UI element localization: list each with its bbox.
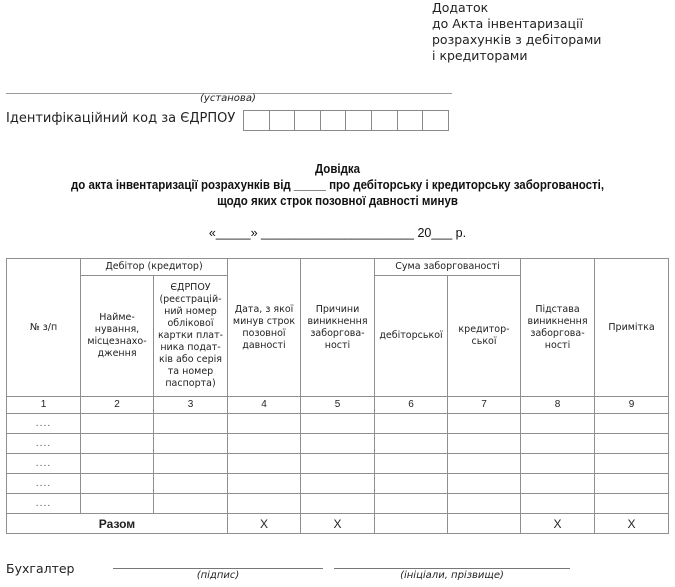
annex-line: і кредиторами: [432, 48, 601, 64]
title-line: до акта інвентаризації розрахунків від _…: [27, 177, 648, 193]
table-cell[interactable]: [154, 494, 228, 514]
signature-caption: (підпис): [113, 570, 323, 581]
edrpou-label: Ідентифікаційний код за ЄДРПОУ: [6, 111, 235, 126]
column-number: 1: [7, 397, 81, 414]
header-reasons: Причини виникнення заборгова-ності: [301, 259, 375, 397]
table-cell[interactable]: [301, 494, 375, 514]
header-sum-group: Сума заборгованості: [375, 259, 521, 276]
table-row: ....: [7, 434, 669, 454]
table-cell[interactable]: [521, 414, 595, 434]
table-body: ....................: [7, 414, 669, 514]
total-cell: X: [301, 514, 375, 534]
column-number-row: 1 2 3 4 5 6 7 8 9: [7, 397, 669, 414]
annex-line: розрахунків з дебіторами: [432, 32, 601, 48]
table-cell[interactable]: [521, 494, 595, 514]
debt-table: № з/п Дебітор (кредитор) Дата, з якої ми…: [6, 258, 669, 534]
table-cell[interactable]: [448, 494, 521, 514]
header-basis: Підстава виникнення заборгова-ності: [521, 259, 595, 397]
name-field[interactable]: [334, 568, 570, 569]
name-caption: (ініціали, прізвище): [334, 570, 570, 581]
column-number: 8: [521, 397, 595, 414]
table-cell[interactable]: [448, 414, 521, 434]
table-cell[interactable]: [521, 434, 595, 454]
table-cell[interactable]: [228, 454, 301, 474]
edrpou-digit-cell[interactable]: [423, 111, 449, 130]
edrpou-code-field: [243, 110, 449, 131]
table-cell[interactable]: [448, 454, 521, 474]
date-field[interactable]: «_____» ______________________ 20___ р.: [0, 226, 675, 240]
table-cell[interactable]: [301, 414, 375, 434]
header-credit: кредитор-ської: [448, 276, 521, 397]
row-number-cell: ....: [7, 494, 81, 514]
table-row: ....: [7, 414, 669, 434]
table-cell[interactable]: [228, 414, 301, 434]
edrpou-digit-cell[interactable]: [321, 111, 347, 130]
table-cell[interactable]: [375, 434, 448, 454]
table-cell[interactable]: [301, 454, 375, 474]
total-cell: X: [521, 514, 595, 534]
header-debit: дебіторської: [375, 276, 448, 397]
table-cell[interactable]: [154, 454, 228, 474]
column-number: 2: [81, 397, 154, 414]
header-note: Примітка: [595, 259, 669, 397]
total-row: Разом X X X X: [7, 514, 669, 534]
table-cell[interactable]: [228, 474, 301, 494]
column-number: 9: [595, 397, 669, 414]
edrpou-digit-cell[interactable]: [372, 111, 398, 130]
signature-field[interactable]: [113, 568, 323, 569]
table-cell[interactable]: [81, 494, 154, 514]
edrpou-digit-cell[interactable]: [346, 111, 372, 130]
table-row: ....: [7, 494, 669, 514]
table-cell[interactable]: [375, 414, 448, 434]
header-debtor-group: Дебітор (кредитор): [81, 259, 228, 276]
table-cell[interactable]: [301, 474, 375, 494]
table-cell[interactable]: [375, 494, 448, 514]
table-cell[interactable]: [521, 454, 595, 474]
edrpou-digit-cell[interactable]: [398, 111, 424, 130]
column-number: 5: [301, 397, 375, 414]
organization-caption: (установа): [200, 93, 256, 104]
header-edrpou: ЄДРПОУ (реєстрацій-ний номер облікової к…: [154, 276, 228, 397]
table-cell[interactable]: [228, 494, 301, 514]
table-row: ....: [7, 454, 669, 474]
table-row: ....: [7, 474, 669, 494]
table-cell[interactable]: [81, 414, 154, 434]
column-number: 3: [154, 397, 228, 414]
header-row: № з/п Дебітор (кредитор) Дата, з якої ми…: [7, 259, 669, 276]
column-number: 7: [448, 397, 521, 414]
edrpou-digit-cell[interactable]: [244, 111, 270, 130]
signer-role: Бухгалтер: [6, 561, 75, 576]
table-cell[interactable]: [375, 454, 448, 474]
table-cell[interactable]: [448, 474, 521, 494]
row-number-cell: ....: [7, 454, 81, 474]
total-label: Разом: [7, 514, 228, 534]
table-cell[interactable]: [595, 454, 669, 474]
header-date-expired: Дата, з якої минув строк позовної давнос…: [228, 259, 301, 397]
row-number-cell: ....: [7, 414, 81, 434]
title-heading: Довідка: [27, 161, 648, 177]
title-line: щодо яких строк позовної давності минув: [27, 193, 648, 209]
edrpou-digit-cell[interactable]: [270, 111, 296, 130]
header-num: № з/п: [7, 259, 81, 397]
table-cell[interactable]: [81, 454, 154, 474]
table-cell[interactable]: [154, 474, 228, 494]
table-cell[interactable]: [81, 474, 154, 494]
table-cell[interactable]: [595, 494, 669, 514]
column-number: 4: [228, 397, 301, 414]
table-cell[interactable]: [301, 434, 375, 454]
table-cell[interactable]: [595, 434, 669, 454]
table-cell[interactable]: [154, 414, 228, 434]
table-cell[interactable]: [595, 414, 669, 434]
total-cell: X: [228, 514, 301, 534]
total-cell: X: [595, 514, 669, 534]
row-number-cell: ....: [7, 474, 81, 494]
annex-note: Додаток до Акта інвентаризації розрахунк…: [432, 0, 601, 64]
table-cell[interactable]: [595, 474, 669, 494]
annex-line: до Акта інвентаризації: [432, 16, 601, 32]
total-cell[interactable]: [448, 514, 521, 534]
annex-line: Додаток: [432, 0, 601, 16]
table-cell[interactable]: [154, 434, 228, 454]
edrpou-digit-cell[interactable]: [295, 111, 321, 130]
row-number-cell: ....: [7, 434, 81, 454]
header-name: Найме-нування, місцезнахо-дження: [81, 276, 154, 397]
table-cell[interactable]: [375, 474, 448, 494]
total-cell[interactable]: [375, 514, 448, 534]
column-number: 6: [375, 397, 448, 414]
table-cell[interactable]: [448, 434, 521, 454]
table-cell[interactable]: [228, 434, 301, 454]
table-cell[interactable]: [81, 434, 154, 454]
table-cell[interactable]: [521, 474, 595, 494]
document-title: Довідка до акта інвентаризації розрахунк…: [27, 161, 648, 209]
